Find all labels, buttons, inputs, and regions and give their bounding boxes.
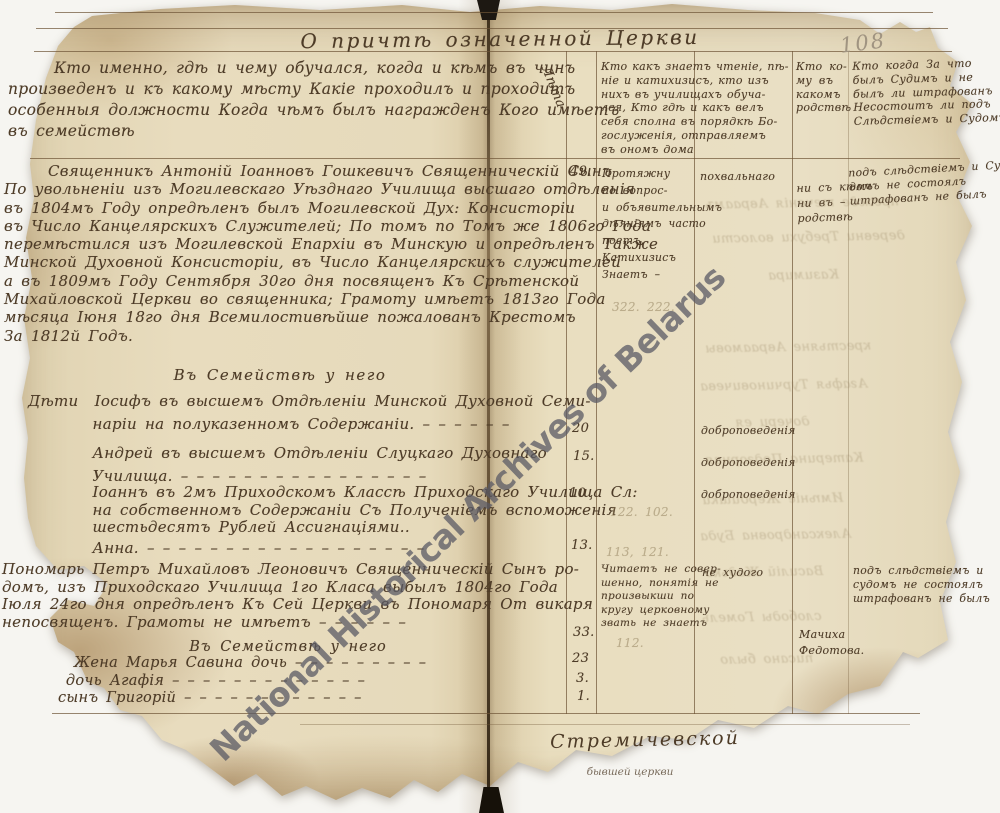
age-son: 1. (577, 689, 590, 704)
bleedthrough-text: Казимира (768, 267, 839, 283)
table-rule-horizontal (300, 724, 910, 725)
bleedthrough-text: писано было (720, 651, 813, 668)
header-main-column: Кто именно, гдѣ и чему обучался, когда и… (8, 58, 556, 142)
ponomar-court-note: подъ слѣдствіемъ исудомъ не состоялъштра… (853, 564, 993, 605)
age-priest: 49. (570, 164, 592, 179)
scanned-archival-page: О причтѣ означенной Церкви 108 Кто именн… (0, 0, 1000, 813)
next-section-subheading: бывшей церкви (540, 766, 720, 778)
bleedthrough-text: дочери ея (735, 414, 810, 430)
age-anna: 13. (571, 538, 593, 553)
document-title: О причтѣ означенной Церкви (290, 25, 710, 53)
child-iosif: Дѣти Іосифъ въ высшемъ Отдѣленіи Минской… (28, 390, 560, 436)
age-daughter: 3. (576, 671, 589, 686)
entry-priest-record: Священникъ Антоній Іоанновъ Гошкевичъ Св… (4, 162, 558, 345)
family-heading-priest: Въ Семействѣ у него (160, 366, 400, 384)
bleedthrough-text: Катерина Подгорная (705, 451, 864, 469)
bleedthrough-numbers: 112. (616, 636, 644, 650)
bleedthrough-text: Василій Жадько (705, 564, 824, 581)
bleedthrough-text: слободы Гомель (702, 609, 822, 626)
age-ponomar: 33. (573, 625, 595, 640)
table-rule-horizontal (55, 12, 933, 13)
header-skills-column: Кто какъ знаетъ чтеніе, пѣ-ніе и катихиз… (601, 60, 791, 157)
bleedthrough-numbers: 122. 102. (610, 505, 673, 519)
age-andrey: 15. (573, 449, 595, 464)
family-heading-ponomar: Въ Семействѣ у него (168, 639, 408, 655)
table-rule-vertical (566, 51, 567, 714)
bleedthrough-text: Имѣніе Жердишки (702, 491, 844, 508)
table-rule-horizontal (34, 51, 952, 52)
header-court-column: Кто когда За чтобылъ Судимъ и небылъ ли … (852, 56, 996, 129)
priest-conduct-note: похвальнаго (700, 170, 775, 183)
table-rule-horizontal (30, 158, 960, 159)
bleedthrough-numbers: 113, 121. (606, 545, 669, 559)
priest-skills-note: Протяжнупо вопрос-и объявительнымъдѣянія… (602, 166, 694, 284)
table-rule-horizontal (52, 713, 920, 714)
age-wife: 23 (572, 651, 589, 666)
bleedthrough-text: крестьяне Авраамовы (705, 339, 871, 357)
bleedthrough-text: Александровна Буда (700, 527, 851, 545)
age-ioann: 10 (569, 486, 586, 501)
bleedthrough-text: Агафья Турчиновичева (700, 377, 868, 395)
child-anna: Анна. – – – – – – – – – – – – – – – – – … (28, 539, 560, 557)
entry-ponomar-record: Пономарь Петръ Михайловъ Леоновичъ Свяще… (2, 561, 558, 631)
ponomar-skills-note: Читаетъ не совер-шенно, понятія непроизв… (601, 563, 696, 631)
header-kinship-column: Кто ко-му въкакомъродствѣ (796, 60, 854, 115)
